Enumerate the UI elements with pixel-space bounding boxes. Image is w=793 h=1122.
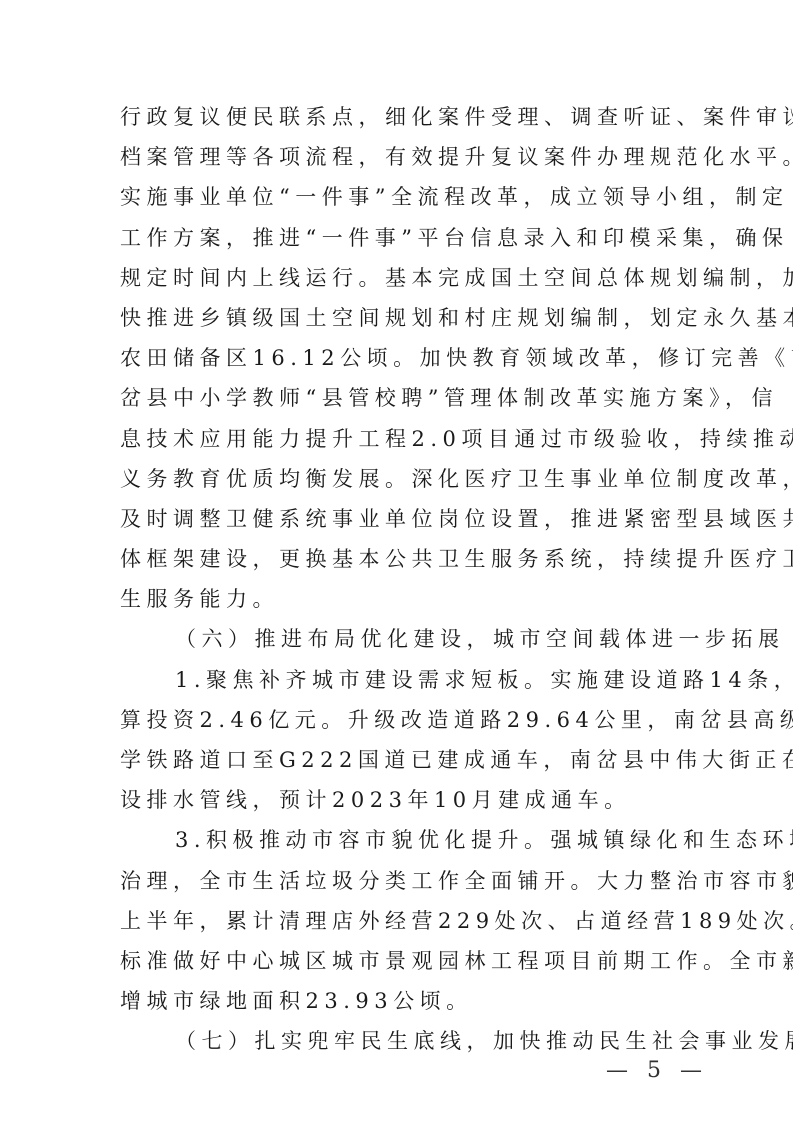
text-line: 义务教育优质均衡发展。深化医疗卫生事业单位制度改革，	[120, 459, 676, 499]
text-line: 及时调整卫健系统事业单位岗位设置，推进紧密型县域医共	[120, 499, 676, 539]
paragraph-reform-continuation: 行政复议便民联系点，细化案件受理、调查听证、案件审议、 档案管理等各项流程，有效…	[120, 97, 676, 619]
page-number: — 5 —	[606, 1058, 708, 1083]
text-line: 实施事业单位“一件事”全流程改革，成立领导小组，制定	[120, 177, 676, 217]
section-6: （六）推进布局优化建设，城市空间载体进一步拓展 1.聚焦补齐城市建设需求短板。实…	[120, 619, 676, 1021]
text-line: 1.聚焦补齐城市建设需求短板。实施建设道路14条，估	[120, 660, 676, 700]
text-line: 算投资2.46亿元。升级改造道路29.64公里，南岔县高级中	[120, 700, 676, 740]
text-line: 行政复议便民联系点，细化案件受理、调查听证、案件审议、	[120, 97, 676, 137]
text-line: 快推进乡镇级国土空间规划和村庄规划编制，划定永久基本	[120, 298, 676, 338]
section-7: （七）扎实兜牢民生底线，加快推动民生社会事业发展	[120, 1021, 676, 1061]
text-line: 上半年，累计清理店外经营229处次、占道经营189处次。高	[120, 901, 676, 941]
text-line: 岔县中小学教师“县管校聘”管理体制改革实施方案》，信	[120, 378, 676, 418]
text-line: 3.积极推动市容市貌优化提升。强城镇绿化和生态环境	[120, 820, 676, 860]
document-page: 行政复议便民联系点，细化案件受理、调查听证、案件审议、 档案管理等各项流程，有效…	[0, 0, 793, 1122]
text-line: 农田储备区16.12公顷。加快教育领域改革，修订完善《南	[120, 338, 676, 378]
text-line: 息技术应用能力提升工程2.0项目通过市级验收，持续推动	[120, 419, 676, 459]
text-line: 标准做好中心城区城市景观园林工程项目前期工作。全市新	[120, 941, 676, 981]
text-line: 设排水管线，预计2023年10月建成通车。	[120, 780, 676, 820]
text-line: 治理，全市生活垃圾分类工作全面铺开。大力整治市容市貌，	[120, 861, 676, 901]
text-line: 档案管理等各项流程，有效提升复议案件办理规范化水平。	[120, 137, 676, 177]
section-heading: （六）推进布局优化建设，城市空间载体进一步拓展	[120, 619, 676, 659]
text-line: 增城市绿地面积23.93公顷。	[120, 981, 676, 1021]
text-line: 工作方案，推进“一件事”平台信息录入和印模采集，确保	[120, 218, 676, 258]
section-heading: （七）扎实兜牢民生底线，加快推动民生社会事业发展	[120, 1021, 676, 1061]
text-line: 生服务能力。	[120, 579, 676, 619]
document-body: 行政复议便民联系点，细化案件受理、调查听证、案件审议、 档案管理等各项流程，有效…	[120, 97, 676, 1062]
text-line: 体框架建设，更换基本公共卫生服务系统，持续提升医疗卫	[120, 539, 676, 579]
text-line: 规定时间内上线运行。基本完成国土空间总体规划编制，加	[120, 258, 676, 298]
text-line: 学铁路道口至G222国道已建成通车，南岔县中伟大街正在铺	[120, 740, 676, 780]
